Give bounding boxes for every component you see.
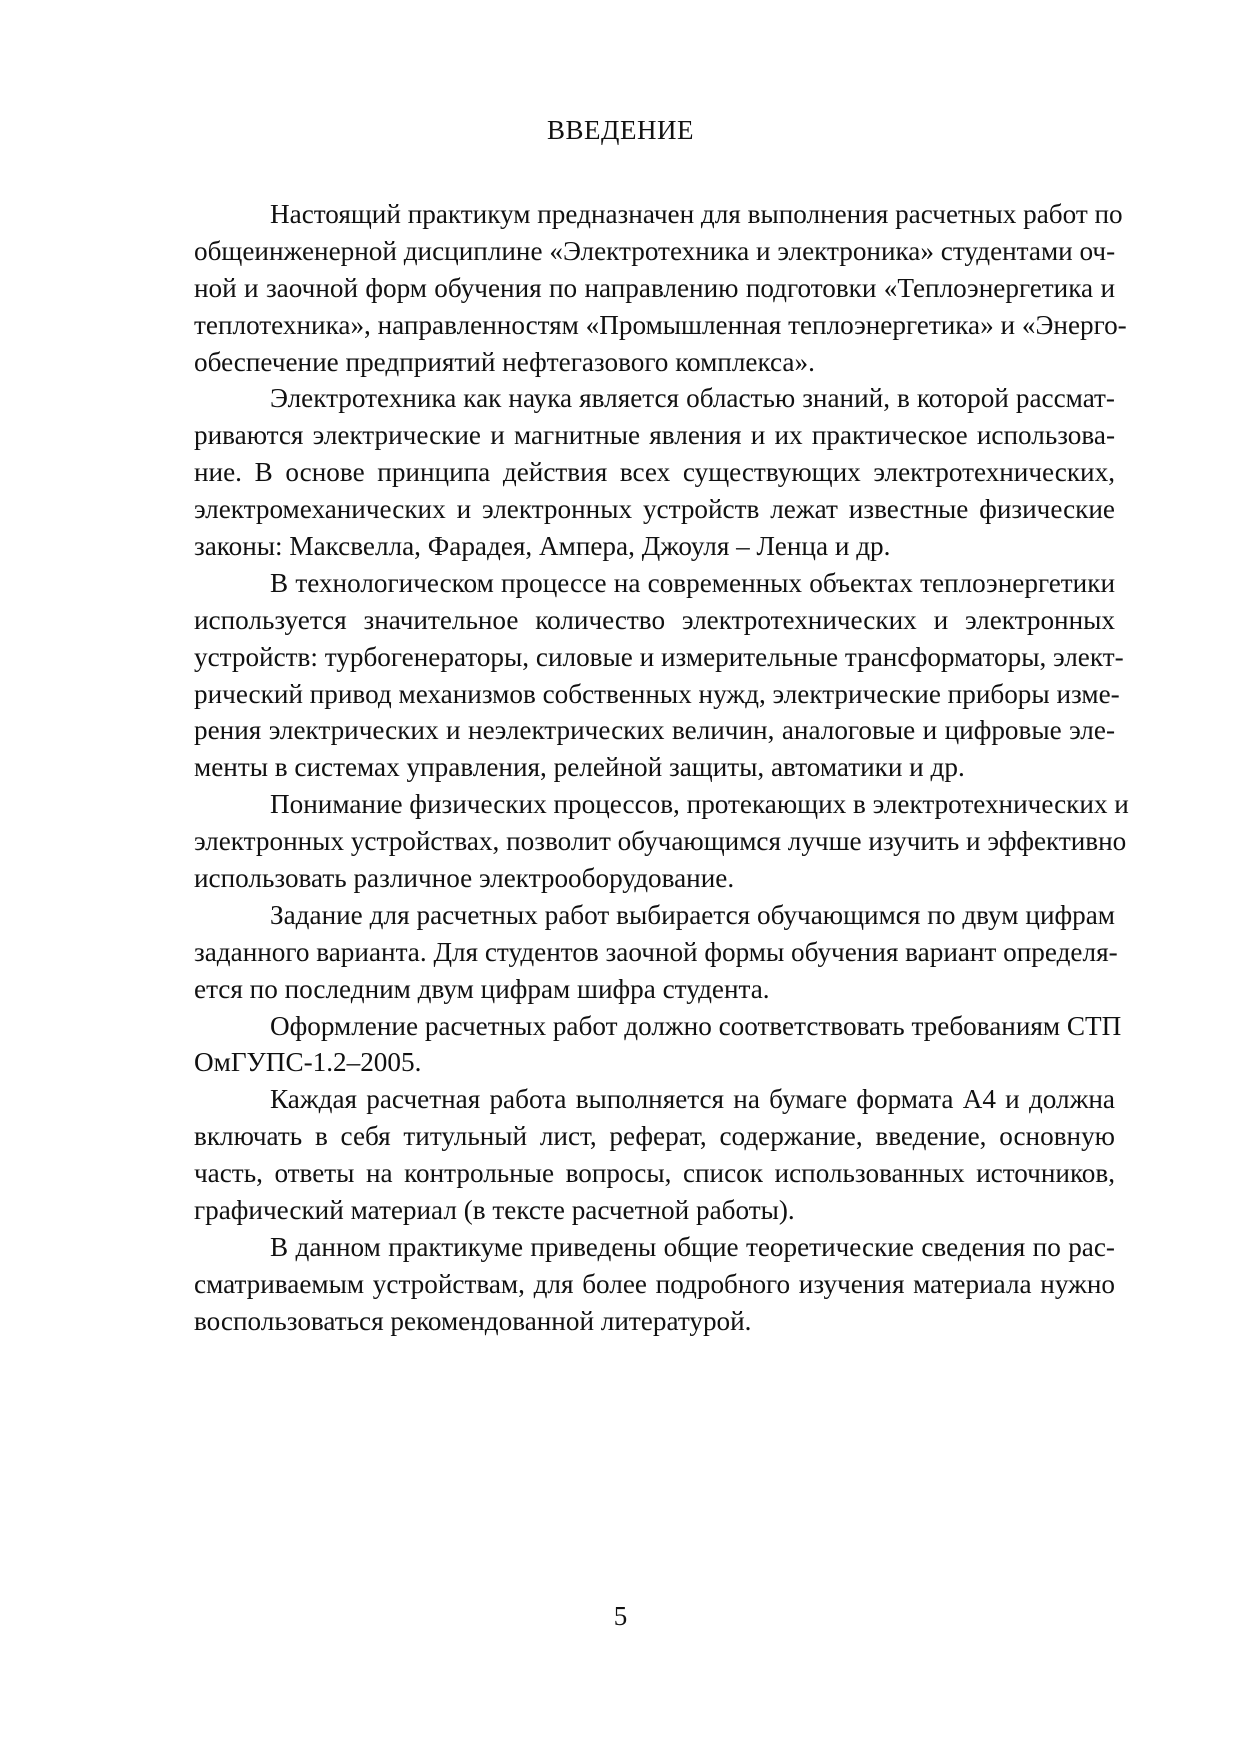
- paragraph-formatting: Оформление расчетных работ должно соотве…: [118, 1008, 1115, 1082]
- paragraph-electrotechnics: Электротехника как наука является област…: [118, 380, 1115, 564]
- text-line: рический привод механизмов собственных н…: [118, 676, 1115, 713]
- text-line: менты в системах управления, релейной за…: [118, 749, 1115, 786]
- text-line: обеспечение предприятий нефтегазового ко…: [118, 344, 1115, 381]
- text-line: Задание для расчетных работ выбирается о…: [118, 897, 1115, 934]
- text-line: Понимание физических процессов, протекаю…: [118, 786, 1115, 823]
- text-line: В технологическом процессе на современны…: [118, 565, 1115, 602]
- text-line: ОмГУПС-1.2–2005.: [118, 1044, 1115, 1081]
- text-line: электронных устройствах, позволит обучаю…: [118, 823, 1115, 860]
- paragraph-structure: Каждая расчетная работа выполняется на б…: [118, 1081, 1115, 1229]
- text-line: использовать различное электрооборудован…: [118, 860, 1115, 897]
- text-line: ной и заочной форм обучения по направлен…: [118, 270, 1115, 307]
- text-line: Электротехника как наука является област…: [118, 380, 1115, 417]
- text-line: используется значительное количество эле…: [118, 602, 1115, 639]
- text-line: общеинженерной дисциплине «Электротехник…: [118, 233, 1115, 270]
- text-line: воспользоваться рекомендованной литерату…: [118, 1303, 1115, 1340]
- text-line: Каждая расчетная работа выполняется на б…: [118, 1081, 1115, 1118]
- text-line: теплотехника», направленностям «Промышле…: [118, 307, 1115, 344]
- paragraph-purpose: Настоящий практикум предназначен для вып…: [118, 196, 1115, 380]
- text-line: Настоящий практикум предназначен для вып…: [118, 196, 1115, 233]
- page-number: 5: [0, 1598, 1241, 1634]
- page-title: ВВЕДЕНИЕ: [0, 112, 1241, 148]
- paragraph-understanding: Понимание физических процессов, протекаю…: [118, 786, 1115, 897]
- document-page: ВВЕДЕНИЕ Настоящий практикум предназначе…: [0, 0, 1241, 1754]
- text-line: заданного варианта. Для студентов заочно…: [118, 934, 1115, 971]
- document-body: Настоящий практикум предназначен для вып…: [118, 196, 1115, 1340]
- text-line: сматриваемым устройствам, для более подр…: [118, 1266, 1115, 1303]
- text-line: В данном практикуме приведены общие теор…: [118, 1229, 1115, 1266]
- text-line: ние. В основе принципа действия всех сущ…: [118, 454, 1115, 491]
- paragraph-assignment: Задание для расчетных работ выбирается о…: [118, 897, 1115, 1008]
- text-line: Оформление расчетных работ должно соотве…: [118, 1008, 1115, 1045]
- paragraph-literature: В данном практикуме приведены общие теор…: [118, 1229, 1115, 1340]
- text-line: устройств: турбогенераторы, силовые и из…: [118, 639, 1115, 676]
- text-line: электромеханических и электронных устрой…: [118, 491, 1115, 528]
- text-line: риваются электрические и магнитные явлен…: [118, 417, 1115, 454]
- text-line: законы: Максвелла, Фарадея, Ампера, Джоу…: [118, 528, 1115, 565]
- text-line: ется по последним двум цифрам шифра студ…: [118, 971, 1115, 1008]
- paragraph-technological-process: В технологическом процессе на современны…: [118, 565, 1115, 786]
- text-line: графический материал (в тексте расчетной…: [118, 1192, 1115, 1229]
- text-line: часть, ответы на контрольные вопросы, сп…: [118, 1155, 1115, 1192]
- text-line: включать в себя титульный лист, реферат,…: [118, 1118, 1115, 1155]
- text-line: рения электрических и неэлектрических ве…: [118, 712, 1115, 749]
